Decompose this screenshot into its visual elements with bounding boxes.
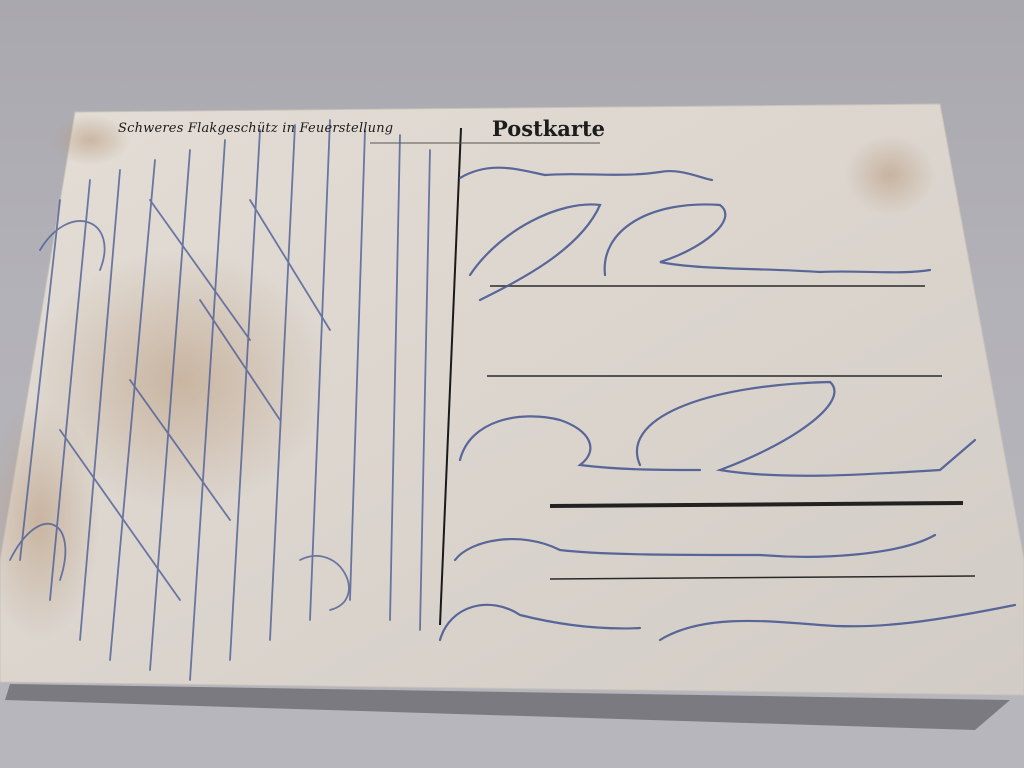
postcard-caption: Schweres Flakgeschütz in Feuerstellung: [118, 121, 393, 136]
postcard-photo: Schweres Flakgeschütz in Feuerstellung P…: [0, 0, 1024, 768]
postcard-title: Postkarte: [492, 116, 605, 141]
